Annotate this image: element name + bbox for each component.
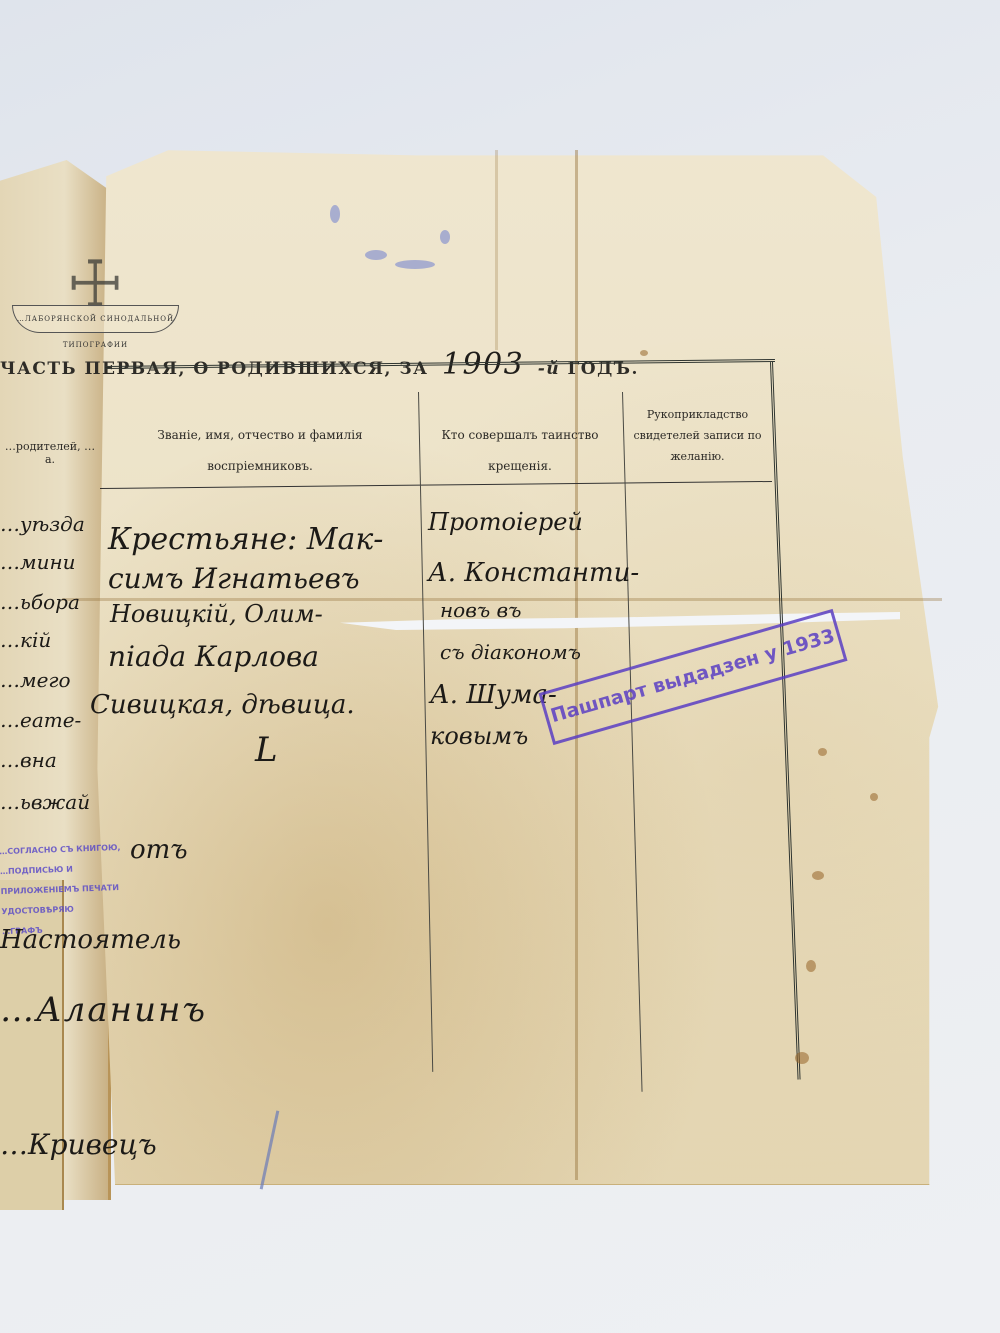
priest-line: съ діакономъ xyxy=(440,640,581,664)
parents-fragment: …вна xyxy=(0,748,57,772)
priest-line: ковымъ xyxy=(430,722,528,750)
priest-line: новъ въ xyxy=(440,598,522,622)
foxing-spot xyxy=(870,793,878,801)
godparents-line: Новицкій, Олим- xyxy=(110,600,323,628)
parents-fragment: …мего xyxy=(0,668,71,692)
signature-role: Настоятель xyxy=(0,925,181,955)
title-printed-prefix: ЧАСТЬ ПЕРВАЯ, О РОДИВШИХСЯ, ЗА xyxy=(0,359,428,379)
godparents-line: Крестьяне: Мак- xyxy=(108,522,383,557)
parents-fragment: …ьбора xyxy=(0,590,80,614)
parents-fragment: …кій xyxy=(0,628,51,652)
ink-smudge xyxy=(365,250,387,260)
second-signature: …Кривецъ xyxy=(0,1128,157,1161)
stamp-line: …ПОДПИСЬЮ И ПРИЛОЖЕНІЕМЪ ПЕЧАТИ УДОСТОВѢ… xyxy=(0,858,127,922)
ink-smudge xyxy=(440,230,450,244)
priest-line: А. Шума- xyxy=(430,680,557,710)
godparents-line: піада Карлова xyxy=(108,640,319,673)
ink-smudge xyxy=(395,260,435,269)
foxing-spot xyxy=(640,350,648,356)
handwritten-mark: L xyxy=(255,730,278,770)
column-header-priest: Кто совершалъ таинство крещенія. xyxy=(425,420,615,482)
godparents-line: Сивицкая, дѣвица. xyxy=(90,690,355,720)
parents-fragment: …мини xyxy=(0,550,76,574)
crest-ribbon-text: …ЛАБОРЯНСКОЙ СИНОДАЛЬНОЙ ТИПОГРАФИИ xyxy=(12,305,179,333)
signature-name: …Аланинъ xyxy=(0,990,207,1030)
ink-smudge xyxy=(330,205,340,223)
column-header-witnesses: Рукоприкладство свидетелей записи по жел… xyxy=(625,405,770,468)
handwritten-fragment: отъ xyxy=(130,835,188,865)
godparents-line: симъ Игнатьевъ xyxy=(108,562,360,595)
parents-fragment: …еате- xyxy=(0,708,81,732)
priest-line: А. Константи- xyxy=(428,558,639,588)
parents-fragment: …уѣзда xyxy=(0,512,85,536)
foxing-spot xyxy=(818,748,827,756)
foxing-spot xyxy=(795,1052,809,1064)
vertical-fold xyxy=(575,150,578,1180)
column-header-godparents: Званіе, имя, отчество и фамилія воспріем… xyxy=(110,420,410,482)
priest-line: Протоіерей xyxy=(428,508,583,536)
foxing-spot xyxy=(812,871,824,880)
foxing-spot xyxy=(806,960,816,972)
column-header-parents: …родителей, …а. xyxy=(0,440,100,466)
certification-stamp-left: …СОГЛАСНО СЪ КНИГОЮ, …ПОДПИСЬЮ И ПРИЛОЖЕ… xyxy=(0,838,126,902)
vertical-fold-top xyxy=(495,150,498,350)
parents-fragment: …ьвжай xyxy=(0,790,90,814)
